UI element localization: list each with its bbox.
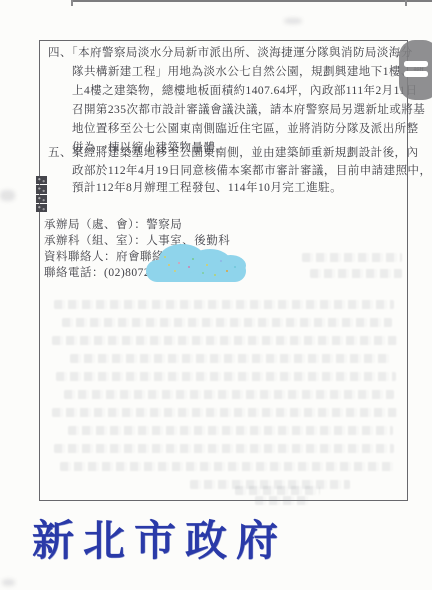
paragraph-item-4: 四、「本府警察局淡水分局新市派出所、淡海捷運分隊與消防局淡海分 隊共構新建工程」…: [48, 44, 425, 158]
handle-bar-icon: [404, 71, 428, 77]
bleed-through-line: [68, 426, 393, 435]
bleed-through-line: [70, 354, 390, 363]
bleed-through-line: [302, 253, 402, 262]
margin-smudge: [0, 190, 15, 201]
item5-line: 預計112年8月辦理工程發包、114年10月完工進駐。: [48, 180, 431, 198]
bleed-through-line: [52, 336, 397, 345]
top-smudge: [284, 18, 302, 24]
item5-line: 五、案經將建築基地移至公園東南側，並由建築師重新規劃設計後，內: [48, 145, 431, 163]
item4-line: 四、「本府警察局淡水分局新市派出所、淡海捷運分隊與消防局淡海分: [48, 44, 425, 63]
bleed-through-line: [56, 372, 396, 381]
bleed-through-line: [235, 486, 320, 495]
contact-agency-row: 承辦局（處、會）：警察局: [44, 217, 230, 233]
bleed-through-line: [64, 390, 394, 399]
handle-bar-icon: [404, 61, 428, 67]
bleed-through-line: [60, 462, 395, 471]
paragraph-item-5: 五、案經將建築基地移至公園東南側，並由建築師重新規劃設計後，內 政部於112年4…: [48, 145, 431, 198]
border-stub-right: [405, 0, 407, 6]
left-margin-stamp: [36, 176, 48, 213]
bleed-through-line: [54, 444, 394, 453]
bleed-through-line: [52, 408, 397, 417]
bleed-through-line: [255, 496, 310, 505]
redaction-cloud-scribble: [146, 242, 247, 283]
cloud-blob: [215, 255, 246, 276]
bleed-through-line: [62, 318, 392, 327]
border-stub-left: [71, 0, 73, 6]
stamp-block-icon: [36, 204, 47, 212]
item4-line: 地位置移至公七公園東南側臨近住宅區，並將消防分隊及派出所整: [48, 120, 425, 139]
scanned-document-page: 四、「本府警察局淡水分局新市派出所、淡海捷運分隊與消防局淡海分 隊共構新建工程」…: [0, 0, 432, 590]
stamp-block-icon: [36, 185, 47, 193]
stamp-block-icon: [36, 176, 47, 184]
bleed-through-line: [54, 300, 394, 309]
confetti-speckles: [156, 250, 158, 252]
item4-line: 上4樓之建築物，總樓地板面積約1407.64坪，內政部111年2月11日: [48, 82, 425, 101]
previous-box-border-remnant: [71, 0, 432, 2]
edge-panel-handle[interactable]: [399, 40, 432, 100]
bottom-left-smudge: [2, 579, 15, 586]
item5-line: 政部於112年4月19日同意核備本案都市審計審議，目前申請建照中，: [48, 163, 431, 181]
item4-line: 隊共構新建工程」用地為淡水公七自然公園，規劃興建地下1樓、地: [48, 63, 425, 82]
bleed-through-line: [310, 269, 402, 278]
government-seal-title: 新北市政府: [32, 508, 287, 568]
item4-line: 召開第235次都市設計審議會議決議，請本府警察局另選新址或將基: [48, 101, 425, 120]
stamp-block-icon: [36, 195, 47, 203]
